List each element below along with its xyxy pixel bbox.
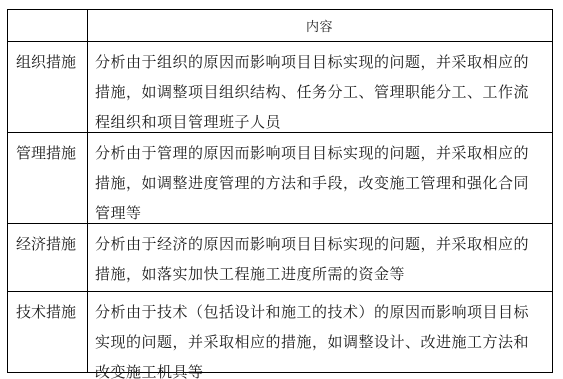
content-line: 分析由于组织的原因而影响项目目标实现的问题，并采取相应的 (95, 47, 544, 77)
content-line: 措施，如调整进度管理的方法和手段，改变施工管理和强化合同 (95, 168, 544, 198)
row-content: 分析由于技术（包括设计和施工的技术）的原因而影响项目目标 实现的问题，并采取相应… (88, 292, 552, 372)
row-content: 分析由于经济的原因而影响项目目标实现的问题，并采取相应的 措施，如落实加快工程施… (88, 224, 552, 291)
content-line: 分析由于技术（包括设计和施工的技术）的原因而影响项目目标 (95, 297, 544, 327)
measures-table: 内容 组织措施 分析由于组织的原因而影响项目目标实现的问题，并采取相应的 措施，… (7, 9, 553, 373)
content-line: 措施，如调整项目组织结构、任务分工、管理职能分工、工作流 (95, 77, 544, 107)
table-header-row: 内容 (8, 10, 552, 41)
content-line: 分析由于管理的原因而影响项目目标实现的问题，并采取相应的 (95, 138, 544, 168)
row-content: 分析由于组织的原因而影响项目目标实现的问题，并采取相应的 措施，如调整项目组织结… (88, 42, 552, 132)
content-line: 实现的问题，并采取相应的措施，如调整设计、改进施工方法和 (95, 327, 544, 357)
table-row: 组织措施 分析由于组织的原因而影响项目目标实现的问题，并采取相应的 措施，如调整… (8, 41, 552, 132)
row-label: 技术措施 (8, 292, 88, 372)
table-row: 经济措施 分析由于经济的原因而影响项目目标实现的问题，并采取相应的 措施，如落实… (8, 223, 552, 291)
header-label-cell (8, 10, 88, 41)
content-line: 措施，如落实加快工程施工进度所需的资金等 (95, 259, 544, 289)
row-label: 管理措施 (8, 133, 88, 223)
row-content: 分析由于管理的原因而影响项目目标实现的问题，并采取相应的 措施，如调整进度管理的… (88, 133, 552, 223)
content-line: 分析由于经济的原因而影响项目目标实现的问题，并采取相应的 (95, 229, 544, 259)
row-label: 经济措施 (8, 224, 88, 291)
table-row: 管理措施 分析由于管理的原因而影响项目目标实现的问题，并采取相应的 措施，如调整… (8, 132, 552, 223)
header-content-cell: 内容 (88, 10, 552, 41)
row-label: 组织措施 (8, 42, 88, 132)
content-line: 改变施工机具等 (95, 357, 544, 379)
table-row: 技术措施 分析由于技术（包括设计和施工的技术）的原因而影响项目目标 实现的问题，… (8, 291, 552, 372)
